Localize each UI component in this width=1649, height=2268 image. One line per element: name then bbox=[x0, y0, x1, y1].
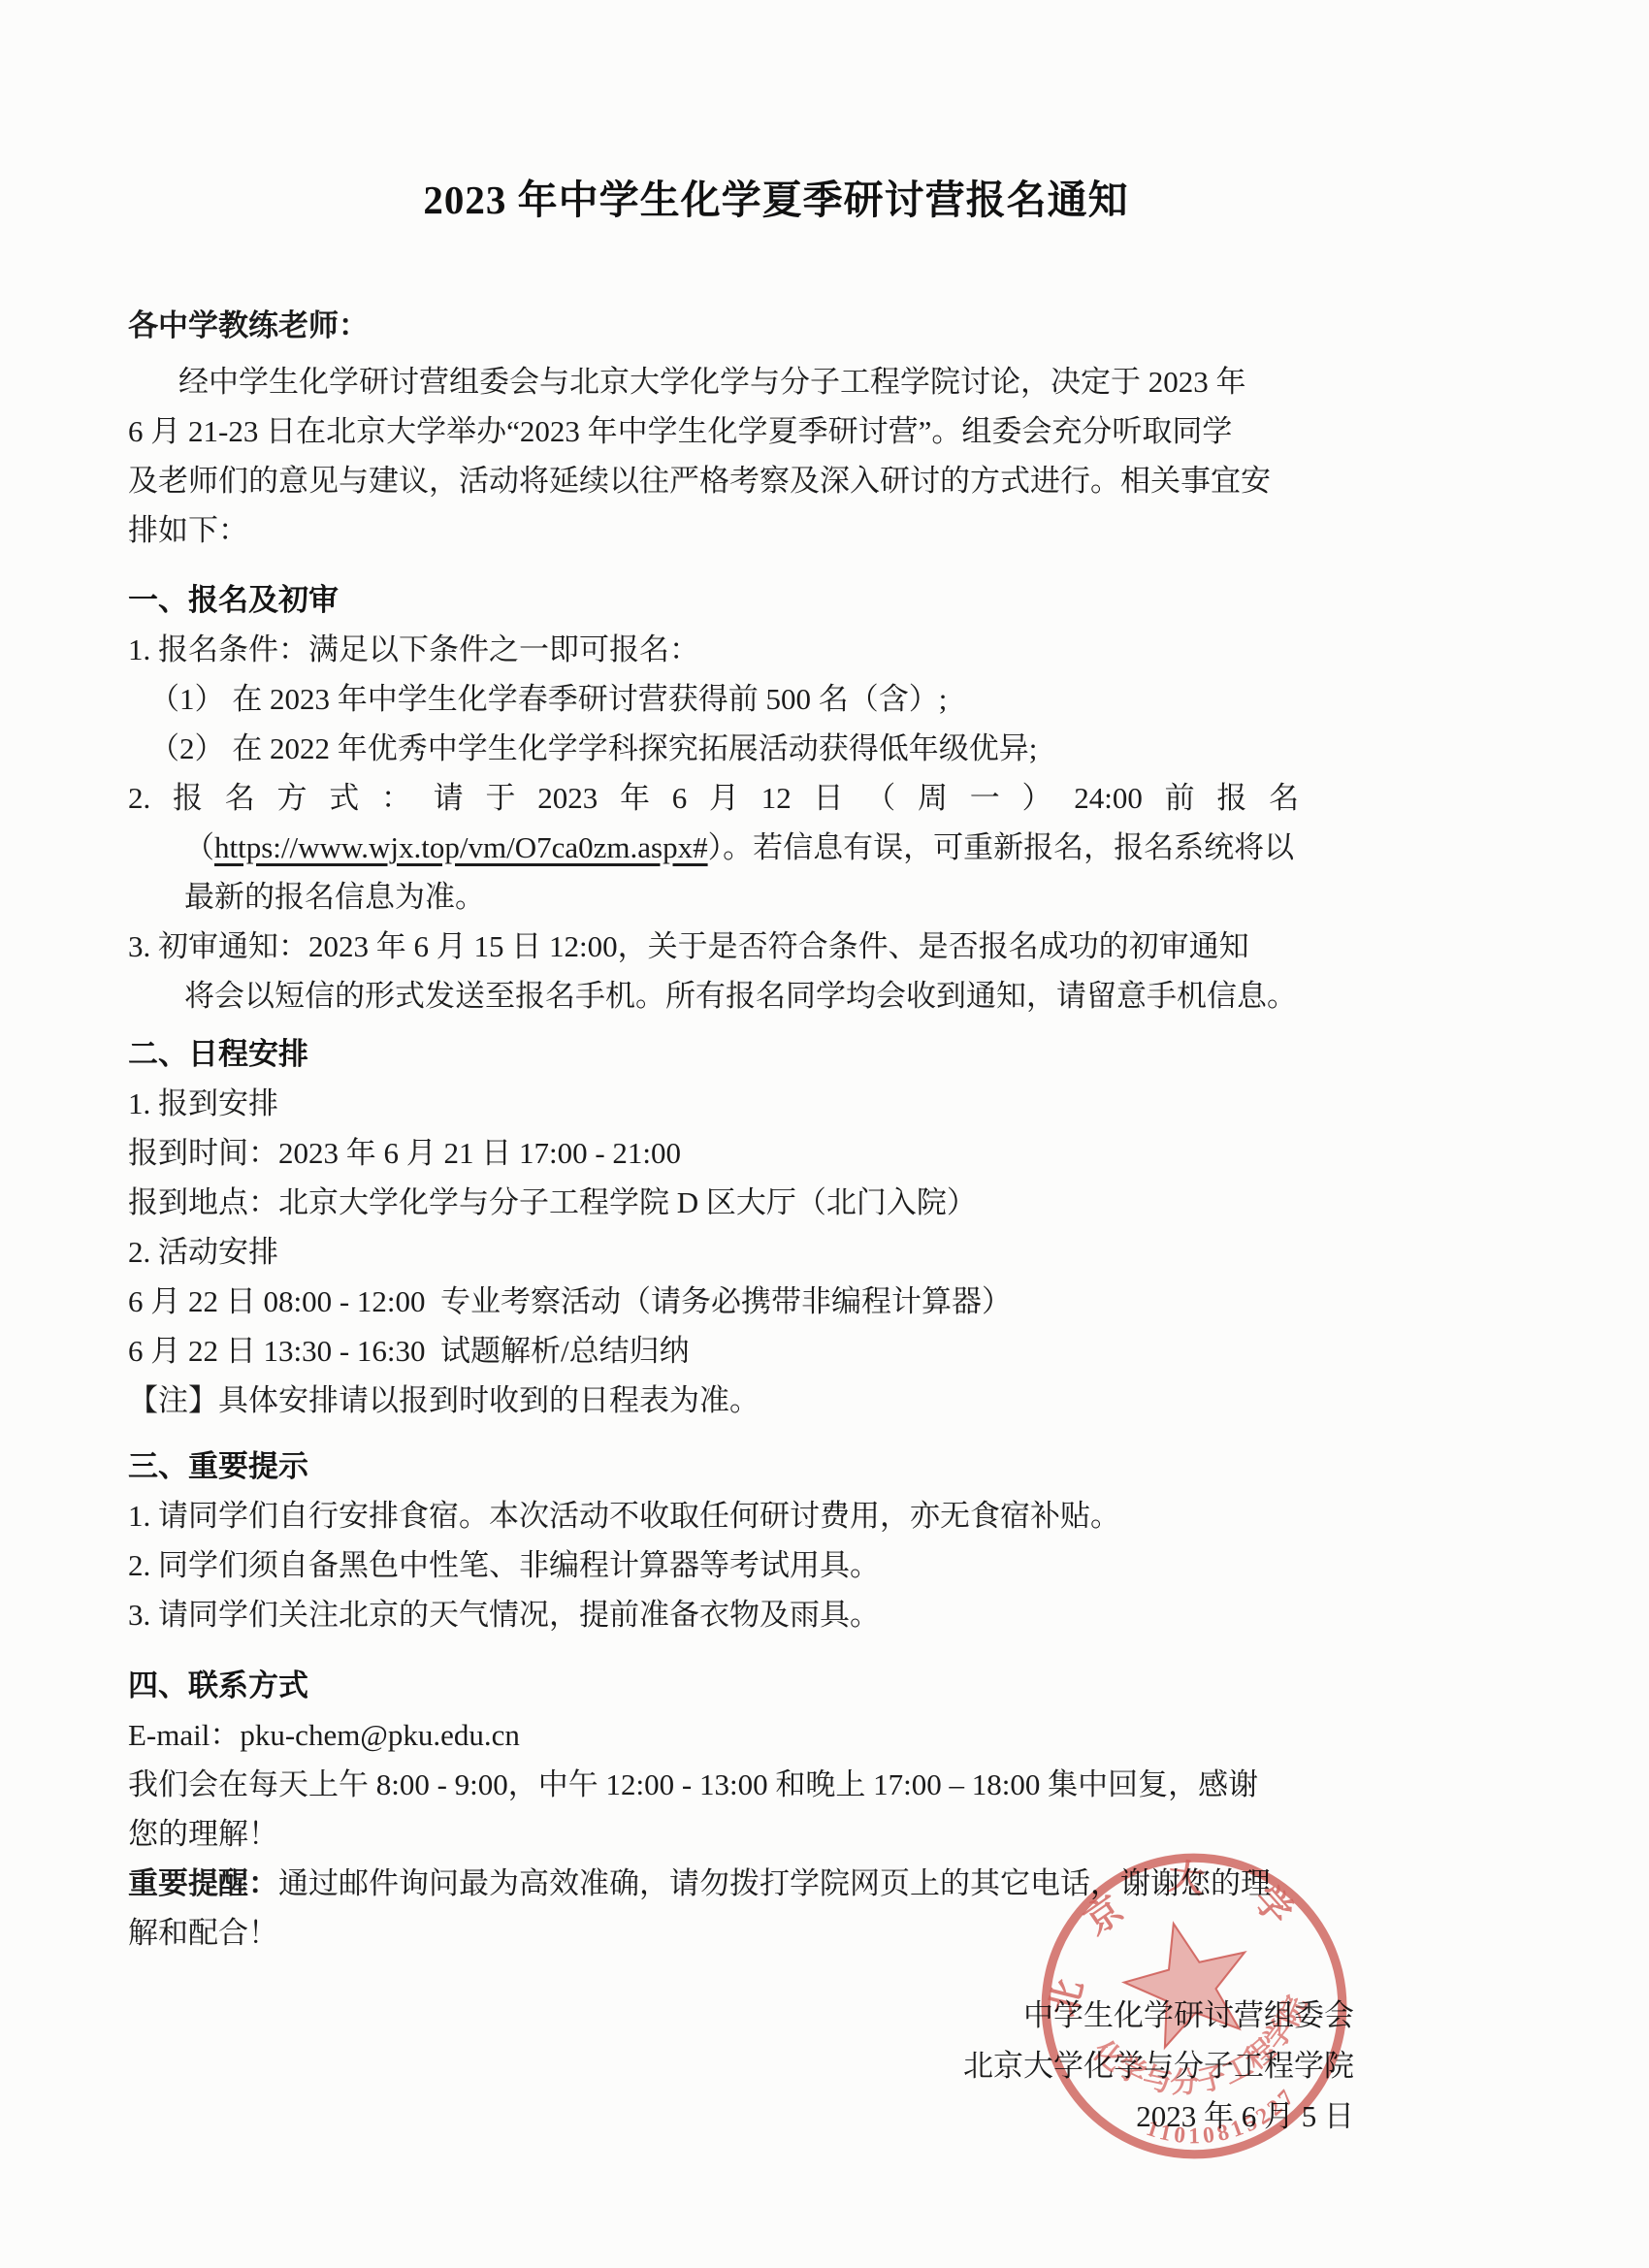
schedule-note: 【注】具体安排请以报到时收到的日程表为准。 bbox=[128, 1376, 1424, 1425]
contact-reply-hours-continuation: 您的理解！ bbox=[128, 1809, 1424, 1859]
notice-item: 3. 请同学们关注北京的天气情况，提前准备衣物及雨具。 bbox=[128, 1590, 1424, 1639]
schedule-line: 6 月 22 日 08:00 - 12:00 专业考察活动（请务必携带非编程计算… bbox=[128, 1277, 1424, 1326]
registration-condition: （2） 在 2022 年优秀中学生化学学科探究拓展活动获得低年级优异; bbox=[128, 724, 1424, 773]
reminder-label: 重要提醒： bbox=[128, 1866, 278, 1900]
contact-reply-hours: 我们会在每天上午 8:00 - 9:00，中午 12:00 - 13:00 和晚… bbox=[128, 1760, 1424, 1809]
section-heading-contact: 四、联系方式 bbox=[128, 1661, 1424, 1710]
registration-url-link[interactable]: https://www.wjx.top/vm/O7ca0zm.aspx# bbox=[214, 830, 708, 864]
registration-item-continuation: 最新的报名信息为准。 bbox=[128, 872, 1424, 922]
intro-line: 及老师们的意见与建议，活动将延续以往严格考察及深入研讨的方式进行。相关事宜安 bbox=[128, 456, 1424, 505]
url-suffix: ）。若信息有误，可重新报名，报名系统将以 bbox=[708, 830, 1295, 864]
registration-item: 2. 报 名 方 式 ： 请 于 2023 年 6 月 12 日 （ 周 一 ）… bbox=[128, 773, 1424, 823]
registration-item-continuation: （https://www.wjx.top/vm/O7ca0zm.aspx#）。若… bbox=[128, 823, 1424, 872]
section-heading-schedule: 二、日程安排 bbox=[128, 1029, 1424, 1079]
notice-item: 2. 同学们须自备黑色中性笔、非编程计算器等考试用具。 bbox=[128, 1540, 1424, 1590]
reminder-text: 通过邮件询问最为高效准确，请勿拨打学院网页上的其它电话，谢谢您的理 bbox=[278, 1866, 1271, 1900]
notice-item: 1. 请同学们自行安排食宿。本次活动不收取任何研讨费用，亦无食宿补贴。 bbox=[128, 1491, 1424, 1540]
intro-line: 排如下： bbox=[128, 505, 1424, 555]
intro-line: 经中学生化学研讨营组委会与北京大学化学与分子工程学院讨论，决定于 2023 年 bbox=[128, 357, 1424, 406]
document-title: 2023 年中学生化学夏季研讨营报名通知 bbox=[128, 173, 1424, 227]
schedule-line: 2. 活动安排 bbox=[128, 1227, 1424, 1277]
registration-item-continuation: 将会以短信的形式发送至报名手机。所有报名同学均会收到通知，请留意手机信息。 bbox=[128, 971, 1424, 1021]
schedule-line: 报到时间：2023 年 6 月 21 日 17:00 - 21:00 bbox=[128, 1128, 1424, 1178]
schedule-line: 6 月 22 日 13:30 - 16:30 试题解析/总结归纳 bbox=[128, 1326, 1424, 1376]
contact-reminder-continuation: 解和配合！ bbox=[128, 1908, 1424, 1958]
salutation: 各中学教练老师： bbox=[128, 301, 1424, 350]
schedule-line: 报到地点：北京大学化学与分子工程学院 D 区大厅（北门入院） bbox=[128, 1178, 1424, 1227]
section-heading-notices: 三、重要提示 bbox=[128, 1442, 1424, 1491]
signature-block: 中学生化学研讨营组委会 北京大学化学与分子工程学院 2023 年 6 月 5 日 bbox=[128, 1991, 1424, 2142]
document-body: 2023 年中学生化学夏季研讨营报名通知 各中学教练老师： 经中学生化学研讨营组… bbox=[128, 0, 1424, 2142]
signature-organization: 北京大学化学与分子工程学院 bbox=[128, 2041, 1354, 2091]
page: 2023 年中学生化学夏季研讨营报名通知 各中学教练老师： 经中学生化学研讨营组… bbox=[0, 0, 1649, 2268]
registration-item: 1. 报名条件：满足以下条件之一即可报名： bbox=[128, 625, 1424, 674]
contact-reminder: 重要提醒：通过邮件询问最为高效准确，请勿拨打学院网页上的其它电话，谢谢您的理 bbox=[128, 1859, 1424, 1908]
schedule-line: 1. 报到安排 bbox=[128, 1079, 1424, 1128]
intro-paragraph: 经中学生化学研讨营组委会与北京大学化学与分子工程学院讨论，决定于 2023 年 … bbox=[128, 357, 1424, 555]
signature-date: 2023 年 6 月 5 日 bbox=[128, 2091, 1354, 2142]
registration-condition: （1） 在 2023 年中学生化学春季研讨营获得前 500 名（含）; bbox=[128, 674, 1424, 724]
section-heading-registration: 一、报名及初审 bbox=[128, 575, 1424, 625]
signature-organization: 中学生化学研讨营组委会 bbox=[128, 1991, 1354, 2041]
intro-line: 6 月 21-23 日在北京大学举办“2023 年中学生化学夏季研讨营”。组委会… bbox=[128, 406, 1424, 456]
registration-item: 3. 初审通知：2023 年 6 月 15 日 12:00，关于是否符合条件、是… bbox=[128, 922, 1424, 971]
contact-email: E-mail：pku-chem@pku.edu.cn bbox=[128, 1710, 1424, 1760]
url-prefix: （ bbox=[184, 830, 214, 864]
